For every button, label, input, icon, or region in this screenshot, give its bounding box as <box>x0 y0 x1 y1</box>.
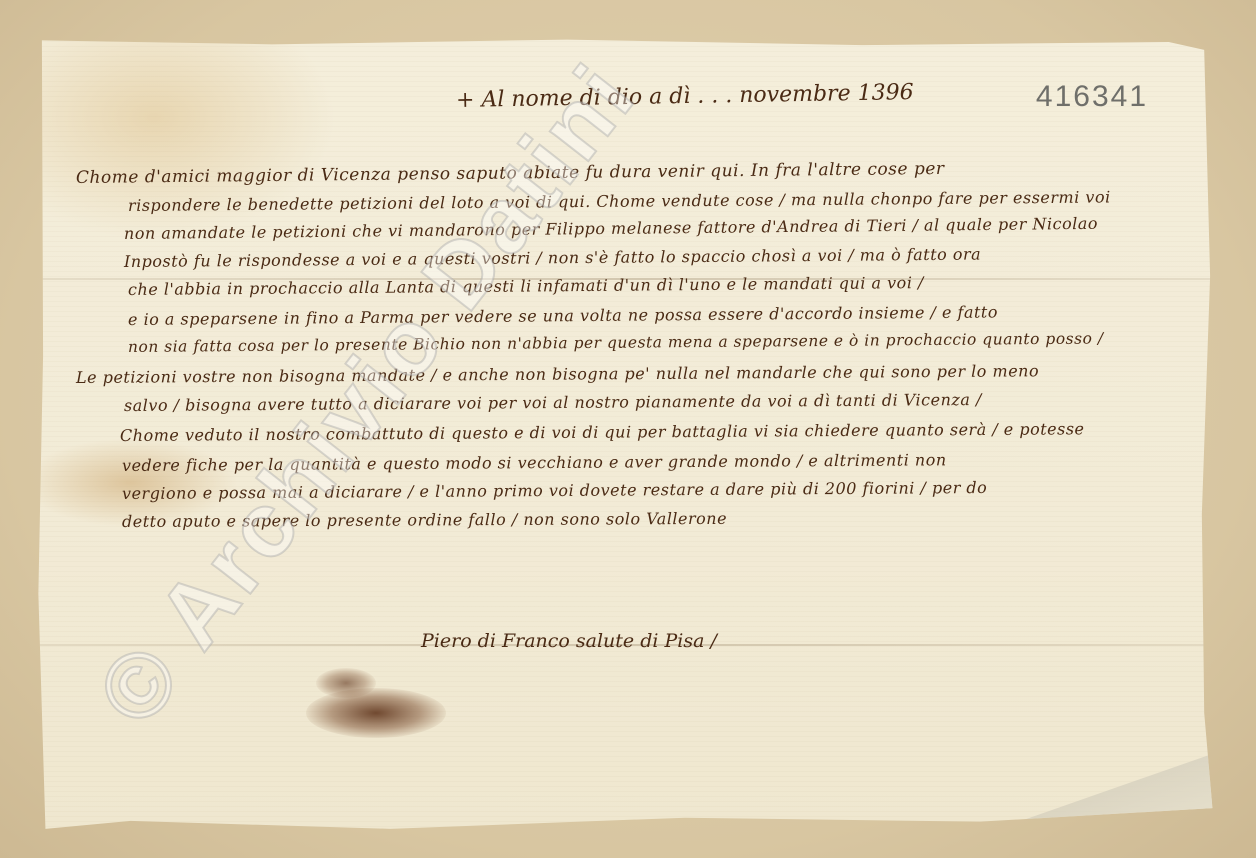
body-line: non sia fatta cosa per lo presente Bichi… <box>128 329 1104 356</box>
letter-header-date: + Al nome di dio a dì . . . novembre 139… <box>456 80 914 113</box>
body-line: che l'abbia in prochaccio alla Lanta di … <box>128 273 924 299</box>
body-line: salvo / bisogna avere tutto a diciarare … <box>124 390 982 415</box>
body-line: Inpostò fu le rispondesse a voi e a ques… <box>124 245 981 271</box>
body-line: Chome d'amici maggior di Vicenza penso s… <box>76 159 945 188</box>
ink-blot-stain-small <box>316 668 376 698</box>
body-line: e io a speparsene in fino a Parma per ve… <box>128 302 998 329</box>
letter-signature: Piero di Franco salute di Pisa / <box>421 630 717 652</box>
letter-sheet: + Al nome di dio a dì . . . novembre 139… <box>36 38 1216 832</box>
body-line: vergiono e possa mai a diciarare / e l'a… <box>122 478 987 503</box>
body-line: non amandate le petizioni che vi mandaro… <box>124 214 1098 243</box>
body-line: Chome veduto il nostro combattuto di que… <box>120 419 1085 445</box>
ink-blot-stain <box>306 688 446 738</box>
catalog-number: 416341 <box>1036 80 1148 114</box>
body-line: detto aputo e sapere lo presente ordine … <box>122 509 727 531</box>
body-line: vedere fiche per la quantità e questo mo… <box>122 450 947 475</box>
body-line: rispondere le benedette petizioni del lo… <box>128 187 1111 215</box>
body-line: Le petizioni vostre non bisogna mandate … <box>76 361 1039 387</box>
